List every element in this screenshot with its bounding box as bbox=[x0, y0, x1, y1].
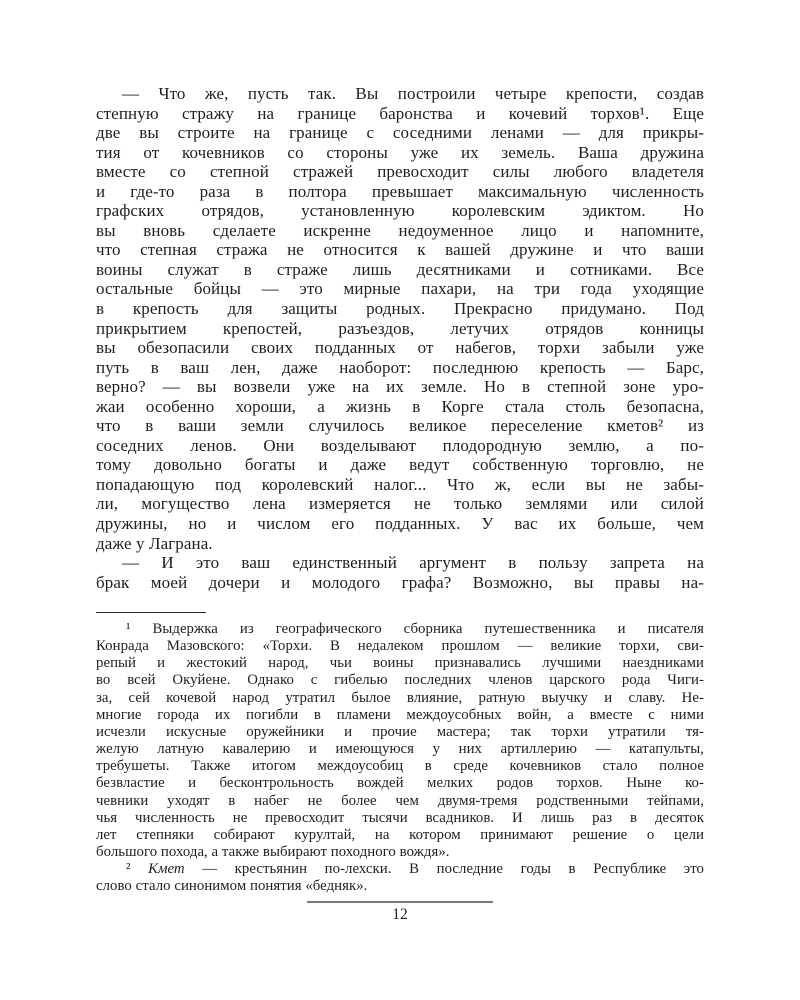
page-footer: 12 bbox=[0, 901, 800, 924]
text-line: исчезли искусные оружейники и прочие мас… bbox=[96, 724, 704, 741]
text-line: многие города их погибли в пламени междо… bbox=[96, 707, 704, 724]
text-line: графских отрядов, установленную королевс… bbox=[96, 201, 704, 221]
footnotes-section: ¹ Выдержка из географического сборника п… bbox=[96, 612, 704, 896]
footnote-separator bbox=[96, 612, 206, 613]
text-line: остальные бойцы — это мирные пахари, на … bbox=[96, 279, 704, 299]
text-line: — Что же, пусть так. Вы построили четыре… bbox=[96, 84, 704, 104]
text-line: чевники уходят в набег не более чем двум… bbox=[96, 793, 704, 810]
text-line: прикрытием крепостей, разъездов, летучих… bbox=[96, 319, 704, 339]
text-line: репый и жестокий народ, чьи воины призна… bbox=[96, 655, 704, 672]
text-line: что степная стража не относится к вашей … bbox=[96, 240, 704, 260]
footer-rule bbox=[307, 901, 493, 903]
text-line: тому довольно богаты и даже ведут собств… bbox=[96, 455, 704, 475]
text-line: за, сей кочевой народ утратил былое влия… bbox=[96, 690, 704, 707]
text-line: безвластие и бесконтрольность вождей мел… bbox=[96, 775, 704, 792]
text-line: слово стало синонимом понятия «бедняк». bbox=[96, 878, 704, 895]
text-line: соседних ленов. Они возделывают плодород… bbox=[96, 436, 704, 456]
book-page: — Что же, пусть так. Вы построили четыре… bbox=[0, 0, 800, 1000]
paragraph-2: — И это ваш единственный аргумент в поль… bbox=[96, 553, 704, 592]
text-line: чья численность не превосходит тысячи вс… bbox=[96, 810, 704, 827]
text-line: — И это ваш единственный аргумент в поль… bbox=[96, 553, 704, 573]
text-line: требушеты. Также итогом междоусобиц в ср… bbox=[96, 758, 704, 775]
text-line: во всей Окуйене. Однако с гибелью послед… bbox=[96, 672, 704, 689]
text-segment: — крестьянин по-лехски. В последние годы… bbox=[185, 861, 704, 877]
page-number: 12 bbox=[392, 905, 408, 924]
text-line: жаи особенно хороши, а жизнь в Корге ста… bbox=[96, 397, 704, 417]
footnote-1: ¹ Выдержка из географического сборника п… bbox=[96, 621, 704, 861]
text-line: даже у Лаграна. bbox=[96, 534, 704, 554]
paragraph-1: — Что же, пусть так. Вы построили четыре… bbox=[96, 84, 704, 553]
footnote-2: ² Кмет — крестьянин по-лехски. В последн… bbox=[96, 861, 704, 895]
text-segment: ² bbox=[126, 861, 148, 877]
text-line: степную стражу на границе баронства и ко… bbox=[96, 104, 704, 124]
italic-term: Кмет bbox=[148, 861, 185, 877]
text-line: брак моей дочери и молодого графа? Возмо… bbox=[96, 573, 704, 593]
text-line: ² Кмет — крестьянин по-лехски. В последн… bbox=[96, 861, 704, 878]
text-line: ли, могущество лена измеряется не только… bbox=[96, 494, 704, 514]
text-line: в крепость для защиты родных. Прекрасно … bbox=[96, 299, 704, 319]
text-line: что в ваши земли случилось великое перес… bbox=[96, 416, 704, 436]
text-line: Конрада Мазовского: «Торхи. В недалеком … bbox=[96, 638, 704, 655]
text-line: путь в ваш лен, даже наоборот: последнюю… bbox=[96, 358, 704, 378]
text-line: большого похода, а также выбирают походн… bbox=[96, 844, 704, 861]
text-line: вместе со степной стражей превосходит си… bbox=[96, 162, 704, 182]
main-text: — Что же, пусть так. Вы построили четыре… bbox=[96, 84, 704, 592]
text-line: желую латную кавалерию и имеющуюся у них… bbox=[96, 741, 704, 758]
text-line: вы вновь сделаете искренне недоуменное л… bbox=[96, 221, 704, 241]
text-line: две вы строите на границе с соседними ле… bbox=[96, 123, 704, 143]
text-line: дружины, но и числом его подданных. У ва… bbox=[96, 514, 704, 534]
text-line: верно? — вы возвели уже на их земле. Но … bbox=[96, 377, 704, 397]
text-line: ¹ Выдержка из географического сборника п… bbox=[96, 621, 704, 638]
text-line: тия от кочевников со стороны уже их земе… bbox=[96, 143, 704, 163]
text-line: попадающую под королевский налог... Что … bbox=[96, 475, 704, 495]
text-line: и где-то раза в полтора превышает максим… bbox=[96, 182, 704, 202]
text-line: вы обезопасили своих подданных от набего… bbox=[96, 338, 704, 358]
text-line: лет степняки собирают курултай, на котор… bbox=[96, 827, 704, 844]
text-line: воины служат в страже лишь десятниками и… bbox=[96, 260, 704, 280]
